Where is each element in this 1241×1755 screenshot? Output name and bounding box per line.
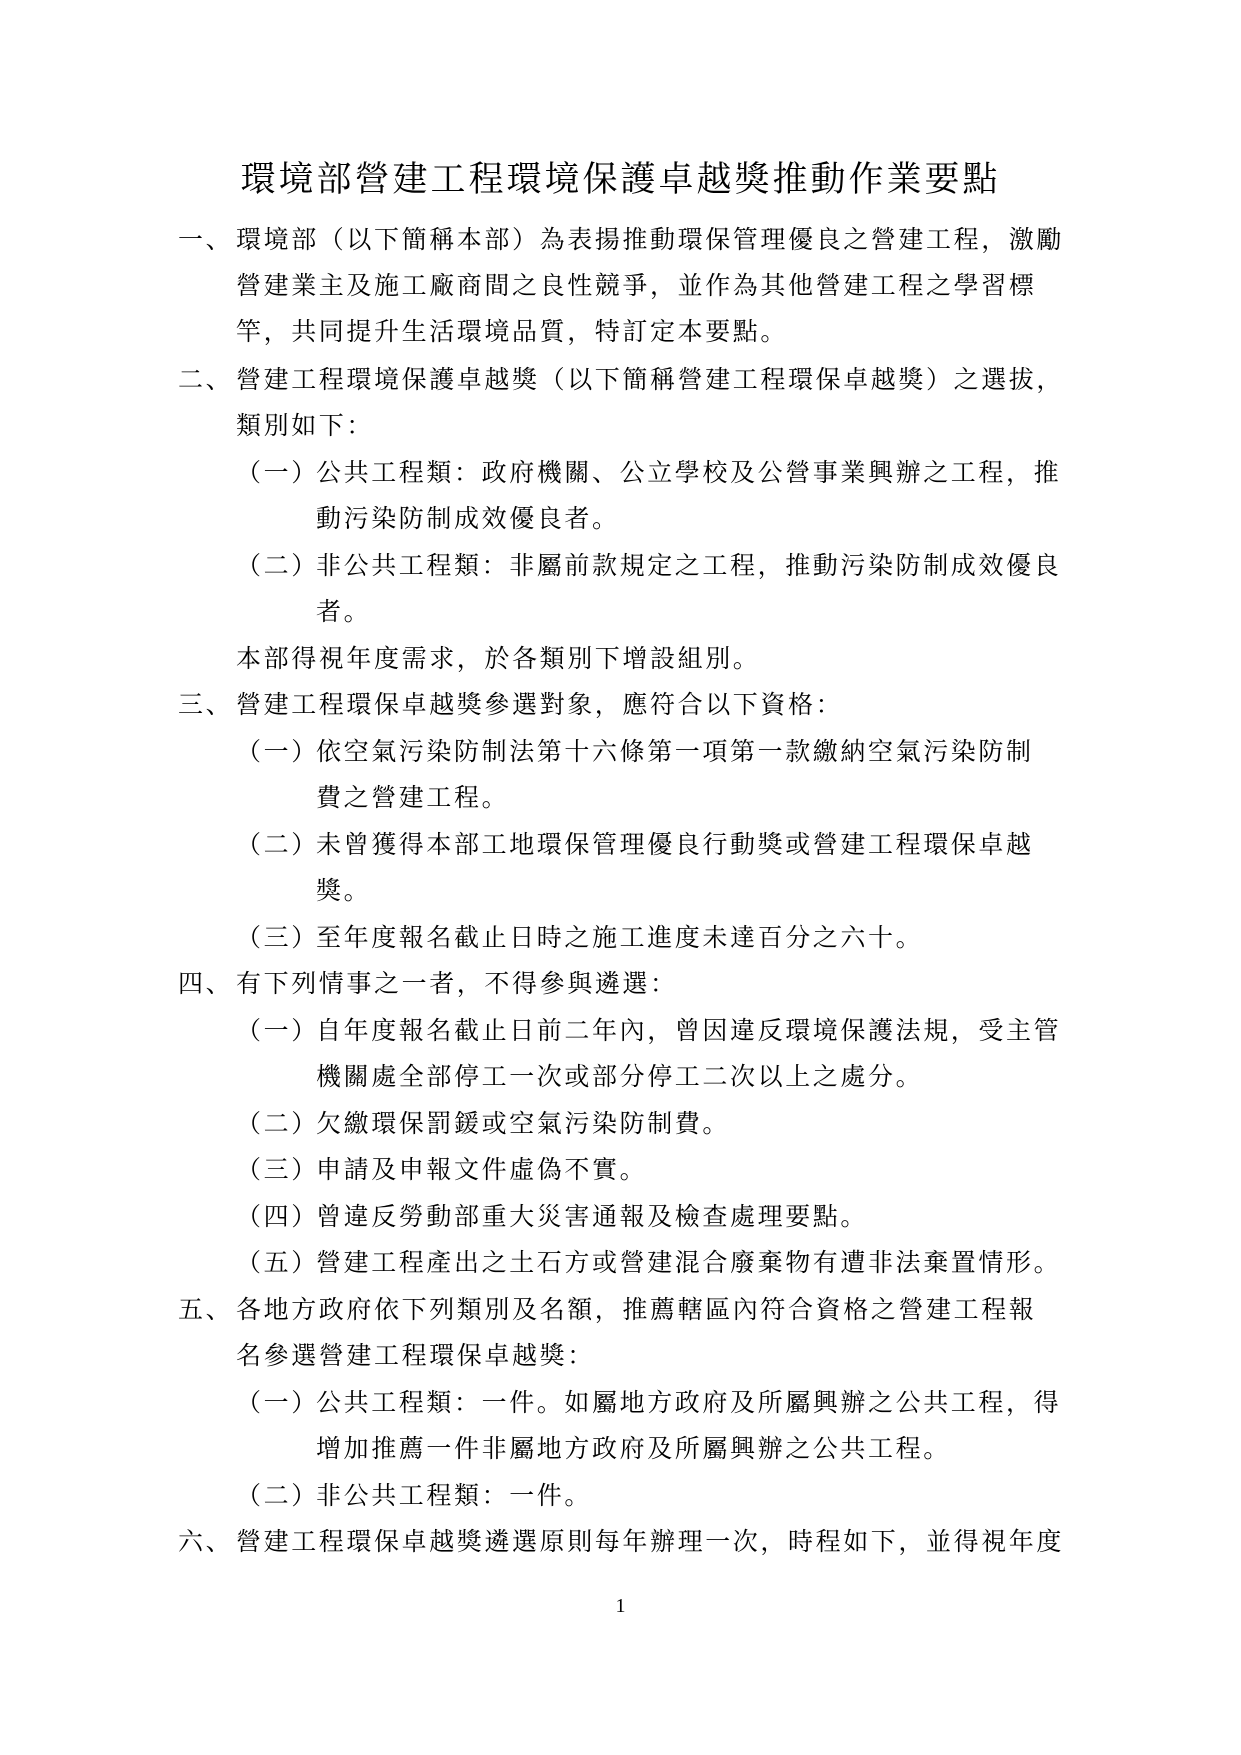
clause-line: 一、環境部（以下簡稱本部）為表揚推動環保管理優良之營建工程，激勵	[178, 222, 1064, 258]
clause-line: 三、營建工程環保卓越獎參選對象，應符合以下資格：	[178, 687, 843, 723]
clause-text: 營建工程產出之土石方或營建混合廢棄物有遭非法棄置情形。	[316, 1248, 1061, 1277]
clause-text: 獎。	[316, 876, 371, 905]
clause-text: 竿，共同提升生活環境品質，特訂定本要點。	[236, 317, 788, 346]
subclause-number: （二）	[236, 1478, 316, 1514]
clause-continuation-line: 動污染防制成效優良者。	[316, 501, 620, 537]
document-page: 環境部營建工程環境保護卓越獎推動作業要點 一、環境部（以下簡稱本部）為表揚推動環…	[0, 0, 1241, 1755]
subclause-number: （一）	[236, 1013, 316, 1049]
clause-number: 五、	[178, 1292, 236, 1328]
subclause-number: （五）	[236, 1245, 316, 1281]
clause-text: 曾違反勞動部重大災害通報及檢查處理要點。	[316, 1202, 868, 1231]
clause-line: （一）自年度報名截止日前二年內，曾因違反環境保護法規，受主管	[236, 1013, 1061, 1049]
subclause-number: （三）	[236, 920, 316, 956]
clause-line: （二）欠繳環保罰鍰或空氣污染防制費。	[236, 1106, 730, 1142]
subclause-number: （四）	[236, 1199, 316, 1235]
clause-number: 六、	[178, 1524, 236, 1560]
clause-line: 五、各地方政府依下列類別及名額，推薦轄區內符合資格之營建工程報	[178, 1292, 1036, 1328]
clause-line: （二）非公共工程類：一件。	[236, 1478, 592, 1514]
clause-line: （二）非公共工程類：非屬前款規定之工程，推動污染防制成效優良	[236, 548, 1061, 584]
clause-text: 名參選營建工程環保卓越獎：	[236, 1341, 595, 1370]
clause-text: 者。	[316, 597, 371, 626]
clause-continuation-line: 獎。	[316, 873, 371, 909]
clause-line: （一）依空氣污染防制法第十六條第一項第一款繳納空氣污染防制	[236, 734, 1034, 770]
clause-text: 動污染防制成效優良者。	[316, 504, 620, 533]
clause-line: （一）公共工程類：一件。如屬地方政府及所屬興辦之公共工程，得	[236, 1385, 1061, 1421]
clause-text: 公共工程類：一件。如屬地方政府及所屬興辦之公共工程，得	[316, 1388, 1061, 1417]
subclause-number: （二）	[236, 827, 316, 863]
clause-text: 機關處全部停工一次或部分停工二次以上之處分。	[316, 1062, 923, 1091]
subclause-number: （一）	[236, 1385, 316, 1421]
clause-text: 非公共工程類：一件。	[316, 1481, 592, 1510]
clause-text: 類別如下：	[236, 411, 374, 440]
clause-line: （四）曾違反勞動部重大災害通報及檢查處理要點。	[236, 1199, 868, 1235]
clause-text: 本部得視年度需求，於各類別下增設組別。	[236, 644, 760, 673]
clause-continuation-line: 增加推薦一件非屬地方政府及所屬興辦之公共工程。	[316, 1431, 951, 1467]
clause-text: 各地方政府依下列類別及名額，推薦轄區內符合資格之營建工程報	[236, 1295, 1036, 1324]
clause-line: （三）申請及申報文件虛偽不實。	[236, 1152, 647, 1188]
subclause-number: （一）	[236, 455, 316, 491]
clause-line: 六、營建工程環保卓越獎遴選原則每年辦理一次，時程如下，並得視年度	[178, 1524, 1064, 1560]
clause-continuation-line: 者。	[316, 594, 371, 630]
subclause-number: （二）	[236, 548, 316, 584]
clause-number: 二、	[178, 362, 236, 398]
clause-line: （三）至年度報名截止日時之施工進度未達百分之六十。	[236, 920, 923, 956]
clause-text: 營建業主及施工廠商間之良性競爭，並作為其他營建工程之學習標	[236, 271, 1036, 300]
clause-text: 申請及申報文件虛偽不實。	[316, 1155, 647, 1184]
clause-line: （一）公共工程類：政府機關、公立學校及公營事業興辦之工程，推	[236, 455, 1061, 491]
clause-text: 有下列情事之一者，不得參與遴選：	[236, 969, 678, 998]
clause-continuation-line: 類別如下：	[236, 408, 374, 444]
subclause-number: （二）	[236, 1106, 316, 1142]
page-number: 1	[0, 1595, 1241, 1618]
clause-text: 非公共工程類：非屬前款規定之工程，推動污染防制成效優良	[316, 551, 1061, 580]
clause-continuation-line: 名參選營建工程環保卓越獎：	[236, 1338, 595, 1374]
clause-number: 四、	[178, 966, 236, 1002]
subclause-number: （一）	[236, 734, 316, 770]
clause-number: 一、	[178, 222, 236, 258]
clause-text: 營建工程環保卓越獎參選對象，應符合以下資格：	[236, 690, 843, 719]
clause-text: 至年度報名截止日時之施工進度未達百分之六十。	[316, 923, 923, 952]
clause-continuation-line: 竿，共同提升生活環境品質，特訂定本要點。	[236, 314, 788, 350]
clause-line: （五）營建工程產出之土石方或營建混合廢棄物有遭非法棄置情形。	[236, 1245, 1061, 1281]
clause-continuation-line: 費之營建工程。	[316, 780, 509, 816]
clause-text: 環境部（以下簡稱本部）為表揚推動環保管理優良之營建工程，激勵	[236, 225, 1064, 254]
clause-text: 增加推薦一件非屬地方政府及所屬興辦之公共工程。	[316, 1434, 951, 1463]
clause-text: 自年度報名截止日前二年內，曾因違反環境保護法規，受主管	[316, 1016, 1061, 1045]
clause-text: 營建工程環保卓越獎遴選原則每年辦理一次，時程如下，並得視年度	[236, 1527, 1064, 1556]
clause-text: 公共工程類：政府機關、公立學校及公營事業興辦之工程，推	[316, 458, 1061, 487]
clause-continuation-line: 機關處全部停工一次或部分停工二次以上之處分。	[316, 1059, 923, 1095]
clause-continuation-line: 營建業主及施工廠商間之良性競爭，並作為其他營建工程之學習標	[236, 268, 1036, 304]
clause-number: 三、	[178, 687, 236, 723]
clause-line: 四、有下列情事之一者，不得參與遴選：	[178, 966, 678, 1002]
document-title: 環境部營建工程環境保護卓越獎推動作業要點	[0, 158, 1241, 202]
clause-line: 二、營建工程環境保護卓越獎（以下簡稱營建工程環保卓越獎）之選拔，	[178, 362, 1064, 398]
clause-text: 營建工程環境保護卓越獎（以下簡稱營建工程環保卓越獎）之選拔，	[236, 365, 1064, 394]
clause-text: 欠繳環保罰鍰或空氣污染防制費。	[316, 1109, 730, 1138]
clause-text: 費之營建工程。	[316, 783, 509, 812]
clause-text: 依空氣污染防制法第十六條第一項第一款繳納空氣污染防制	[316, 737, 1034, 766]
clause-text: 未曾獲得本部工地環保管理優良行動獎或營建工程環保卓越	[316, 830, 1034, 859]
subclause-number: （三）	[236, 1152, 316, 1188]
clause-line: （二）未曾獲得本部工地環保管理優良行動獎或營建工程環保卓越	[236, 827, 1034, 863]
clause-continuation-line: 本部得視年度需求，於各類別下增設組別。	[236, 641, 760, 677]
